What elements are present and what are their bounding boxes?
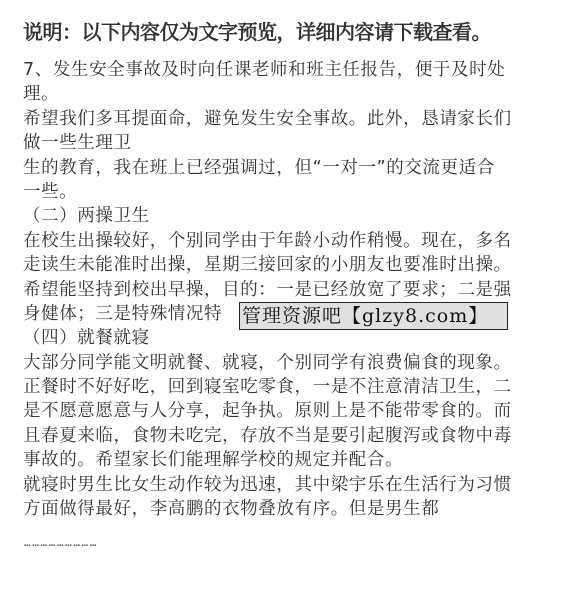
preview-notice: 说明：以下内容仅为文字预览，详细内容请下载查看。 xyxy=(23,18,491,46)
section-heading: （二）两操卫生 xyxy=(23,204,563,228)
text-line: 事故的。希望家长们能理解学校的规定并配合。 xyxy=(23,448,563,472)
text-line: 就寝时男生比女生动作较为迅速，其中梁宇乐在生活行为习惯 xyxy=(23,473,563,497)
text-line: 且春夏来临，食物未吃完，存放不当是要引起腹泻或食物中毒 xyxy=(23,424,563,448)
text-line: 方面做得最好，李高鹏的衣物叠放有序。但是男生都 xyxy=(23,497,563,521)
text-line: 生的教育，我在班上已经强调过，但“一对一”的交流更适合 xyxy=(23,156,563,180)
document-body: 7、发生安全事故及时向任课老师和班主任报告，便于及时处 理。 希望我们多耳提面命… xyxy=(23,58,563,521)
text-line: 希望我们多耳提面命，避免发生安全事故。此外，恳请家长们 xyxy=(23,107,563,131)
text-line: 走读生未能准时出操，星期三接回家的小朋友也要准时出操。 xyxy=(23,253,563,277)
text-line: 大部分同学能文明就餐、就寝，个别同学有浪费偏食的现象。 xyxy=(23,351,563,375)
watermark-banner: 管理资源吧【glzy8.com】 xyxy=(239,302,508,330)
text-line: 7、发生安全事故及时向任课老师和班主任报告，便于及时处 xyxy=(23,58,563,82)
text-line: 理。 xyxy=(23,82,563,106)
text-line: 是不愿意愿意与人分享，起争执。原则上是不能带零食的。而 xyxy=(23,399,563,423)
text-line: 在校生出操较好，个别同学由于年龄小动作稍慢。现在，多名 xyxy=(23,229,563,253)
text-line: 做一些生理卫 xyxy=(23,131,563,155)
text-line: 一些。 xyxy=(23,180,563,204)
text-line: 正餐时不好好吃，回到寝室吃零食，一是不注意清洁卫生，二 xyxy=(23,375,563,399)
truncation-ellipsis: ……………………… xyxy=(24,536,98,549)
text-line: 希望能坚持到校出早操，目的：一是已经放宽了要求；二是强 xyxy=(23,278,563,302)
